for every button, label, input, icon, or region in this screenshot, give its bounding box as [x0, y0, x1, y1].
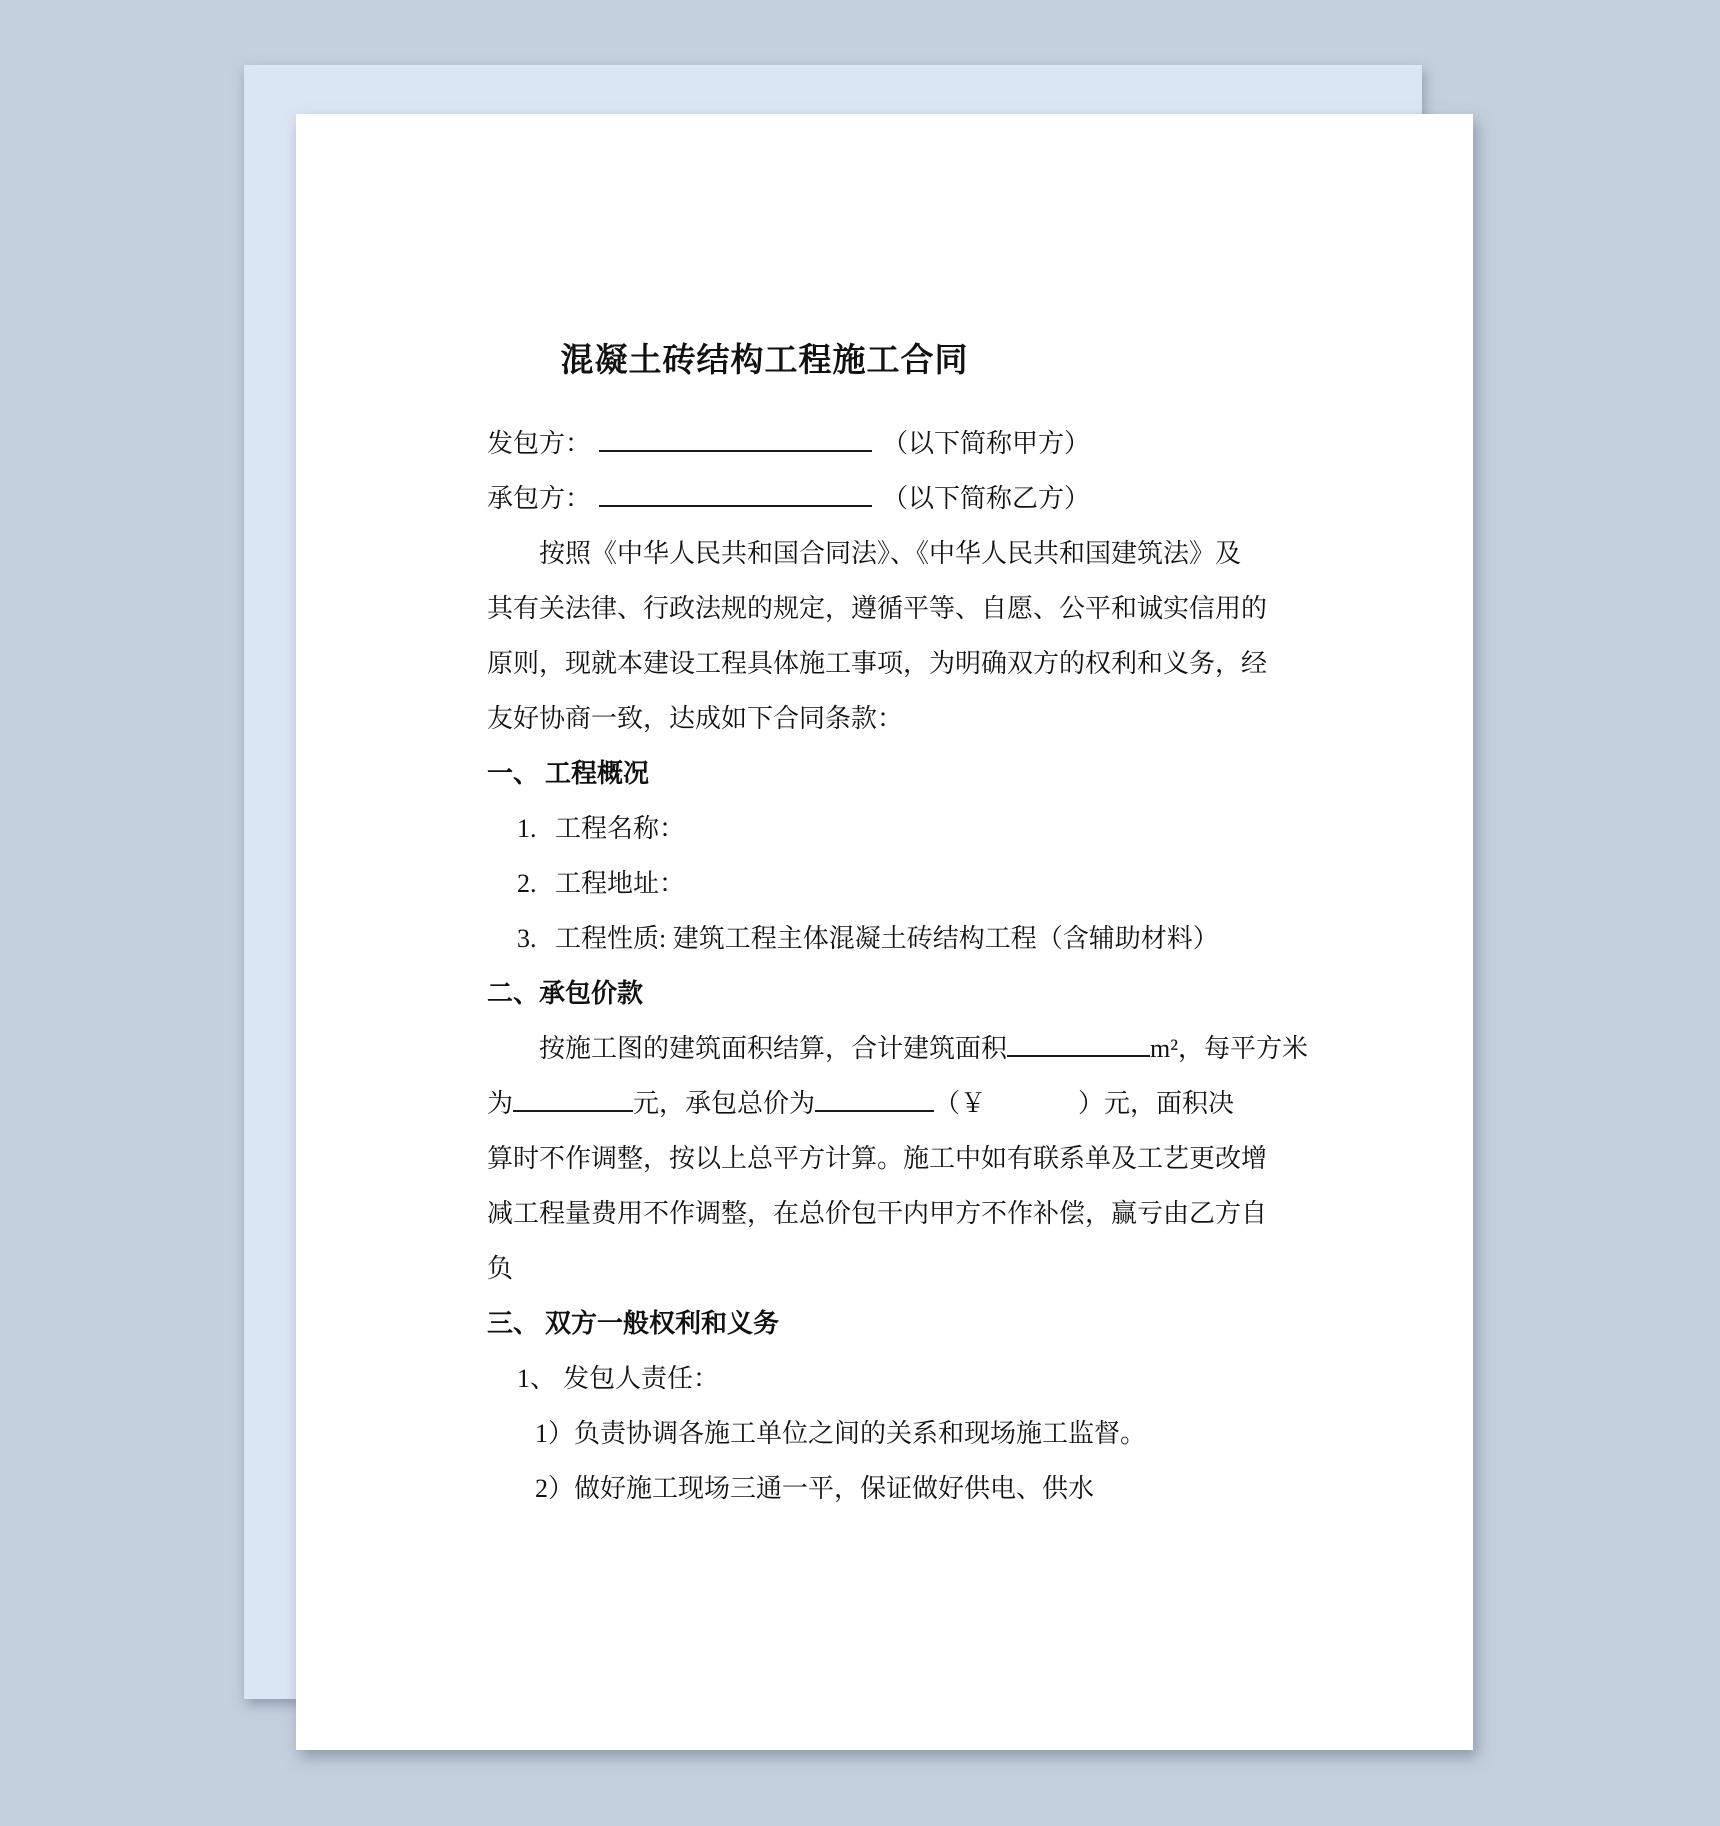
section-3-number: 三、 — [487, 1296, 545, 1351]
party-b-blank-field — [599, 475, 872, 507]
price-line-1: 按施工图的建筑面积结算，合计建筑面积m²，每平方米 — [487, 1021, 1262, 1076]
project-item-1: 1.工程名称： — [487, 801, 1262, 856]
doc-title: 混凝土砖结构工程施工合同 — [561, 343, 969, 379]
intro-line-2: 其有关法律、行政法规的规定，遵循平等、自愿、公平和诚实信用的 — [487, 581, 1262, 636]
section-2-heading: 二、承包价款 — [487, 966, 1262, 1021]
duty-subitem-1-text: 发包人责任： — [563, 1364, 719, 1393]
price-line-3: 算时不作调整，按以上总平方计算。施工中如有联系单及工艺更改增 — [487, 1131, 1262, 1186]
document-page: 混凝土砖结构工程施工合同 发包方：（以下简称甲方） 承包方：（以下简称乙方） 按… — [296, 114, 1473, 1750]
intro-line-4: 友好协商一致，达成如下合同条款： — [487, 691, 1262, 746]
title-row: 混凝土砖结构工程施工合同 — [487, 330, 1262, 392]
party-a-label: 发包方： — [487, 429, 591, 458]
section-1-heading: 一、工程概况 — [487, 746, 1262, 801]
project-item-1-text: 工程名称： — [555, 814, 685, 843]
section-1-title: 工程概况 — [545, 759, 649, 788]
price-line-2-post: ）元，面积决 — [1078, 1089, 1234, 1118]
section-3-title: 双方一般权利和义务 — [545, 1309, 779, 1338]
area-blank-field — [1007, 1025, 1150, 1057]
project-item-3-text: 工程性质: 建筑工程主体混凝土砖结构工程（含辅助材料） — [555, 924, 1219, 953]
intro-line-1: 按照《中华人民共和国合同法》、《中华人民共和国建筑法》及 — [487, 526, 1262, 581]
project-item-2-text: 工程地址： — [555, 869, 685, 898]
project-item-3: 3.工程性质: 建筑工程主体混凝土砖结构工程（含辅助材料） — [487, 911, 1262, 966]
party-a-blank-field — [599, 420, 872, 452]
party-a-line: 发包方：（以下简称甲方） — [487, 416, 1262, 471]
unit-price-blank-field — [513, 1080, 633, 1112]
project-item-2: 2.工程地址： — [487, 856, 1262, 911]
intro-line-3: 原则，现就本建设工程具体施工事项，为明确双方的权利和义务，经 — [487, 636, 1262, 691]
backdrop: 混凝土砖结构工程施工合同 发包方：（以下简称甲方） 承包方：（以下简称乙方） 按… — [0, 0, 1720, 1826]
duty-subitem-1: 1、发包人责任： — [487, 1351, 1262, 1406]
price-line-2-mid1: 元，承包总价为 — [633, 1089, 815, 1118]
duty-point-1: 1）负责协调各施工单位之间的关系和现场施工监督。 — [487, 1406, 1262, 1461]
price-line-2-yen: （￥ — [934, 1089, 986, 1118]
price-line-2: 为元，承包总价为（￥）元，面积决 — [487, 1076, 1262, 1131]
section-3-heading: 三、双方一般权利和义务 — [487, 1296, 1262, 1351]
party-b-line: 承包方：（以下简称乙方） — [487, 471, 1262, 526]
price-line-1-unit: m²，每平方米 — [1150, 1034, 1308, 1063]
party-b-label: 承包方： — [487, 484, 591, 513]
price-line-1-text: 按施工图的建筑面积结算，合计建筑面积 — [539, 1034, 1007, 1063]
price-line-5: 负 — [487, 1241, 1262, 1296]
total-price-blank-field — [815, 1080, 934, 1112]
section-1-number: 一、 — [487, 746, 545, 801]
duty-subitem-1-number: 1、 — [517, 1351, 563, 1406]
party-b-note: （以下简称乙方） — [882, 484, 1090, 513]
price-line-2-pre: 为 — [487, 1089, 513, 1118]
party-a-note: （以下简称甲方） — [882, 429, 1090, 458]
project-item-3-number: 3. — [517, 911, 555, 966]
project-item-1-number: 1. — [517, 801, 555, 856]
project-item-2-number: 2. — [517, 856, 555, 911]
price-line-4: 减工程量费用不作调整，在总价包干内甲方不作补偿，赢亏由乙方自 — [487, 1186, 1262, 1241]
duty-point-2: 2）做好施工现场三通一平，保证做好供电、供水 — [487, 1461, 1262, 1516]
document-content: 混凝土砖结构工程施工合同 发包方：（以下简称甲方） 承包方：（以下简称乙方） 按… — [487, 330, 1262, 1516]
